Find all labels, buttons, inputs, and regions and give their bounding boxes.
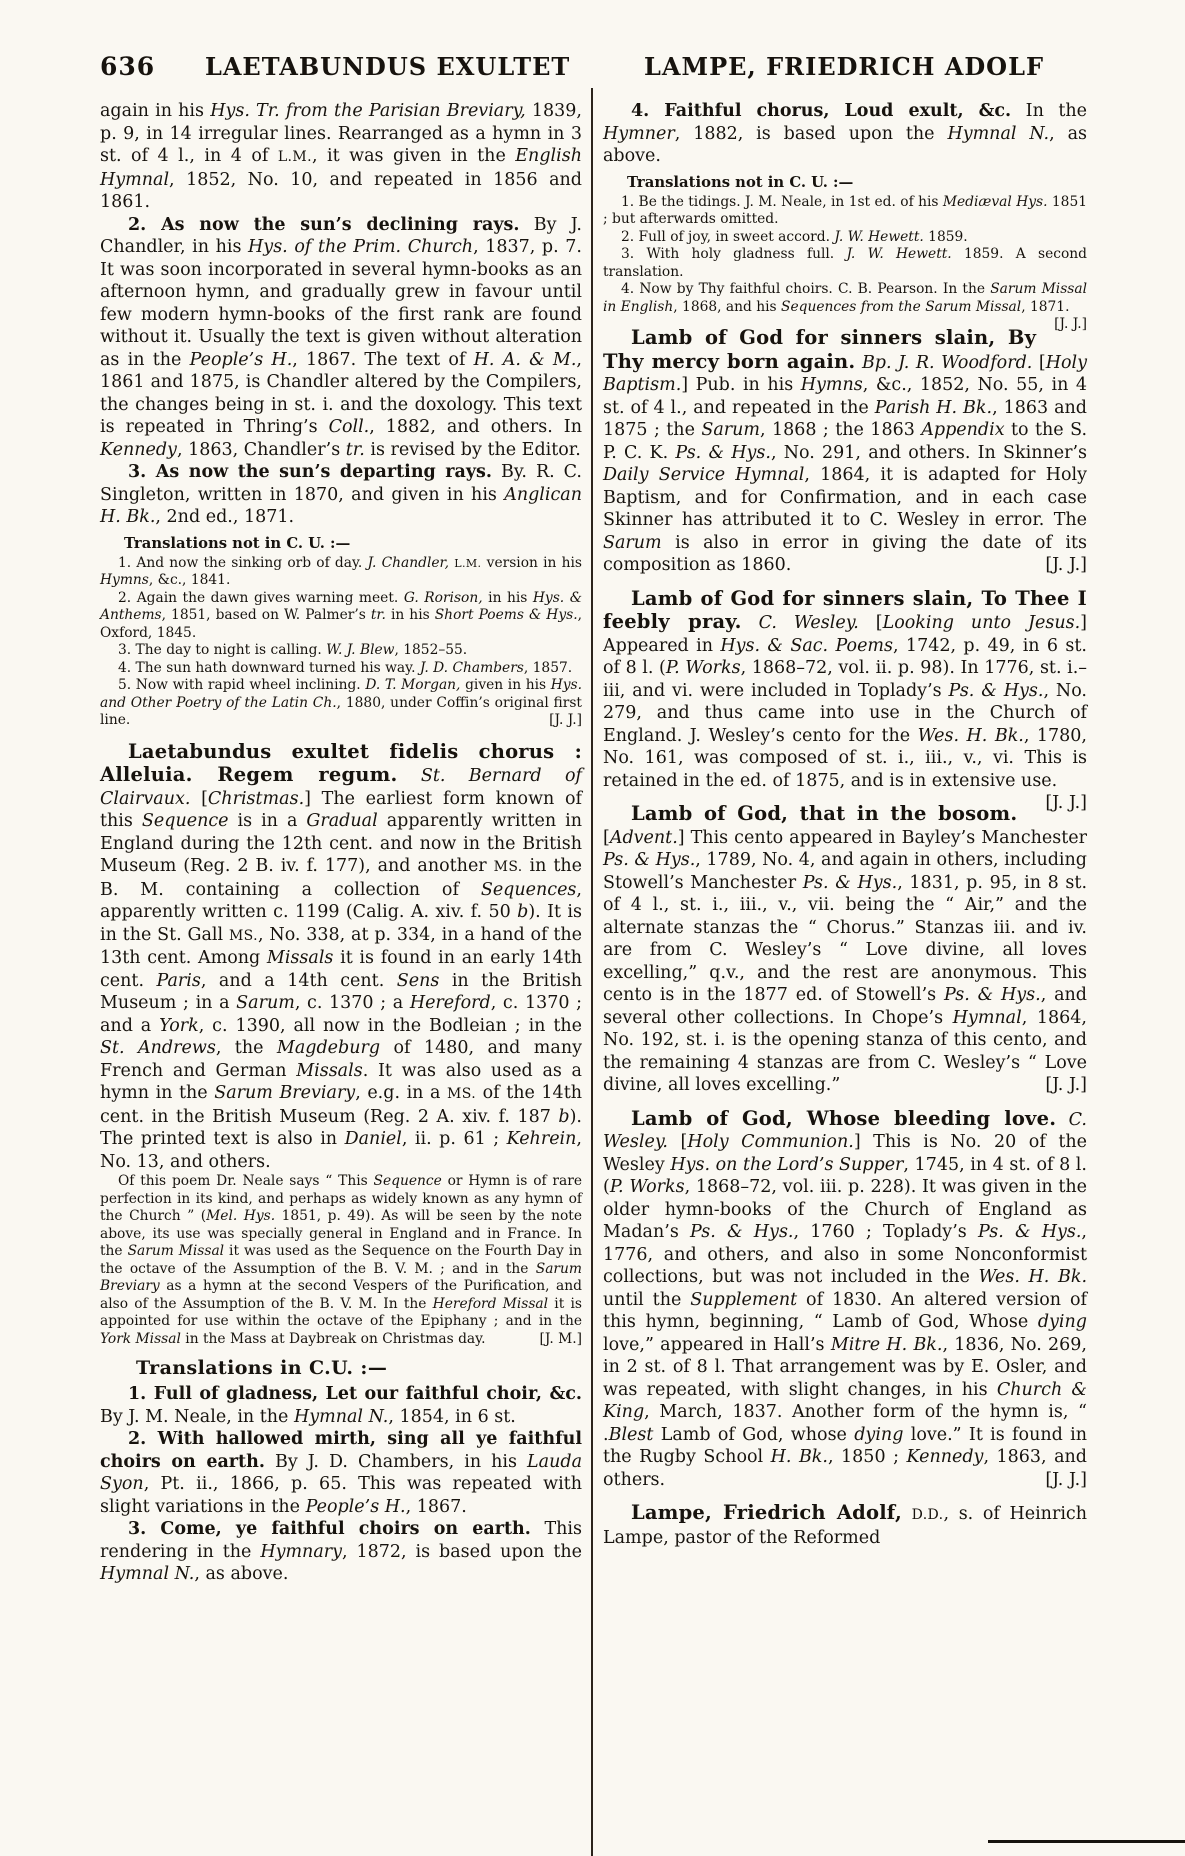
page-number: 636 [100, 52, 155, 81]
author-signature: [J. J.] [1017, 1469, 1087, 1492]
section-heading: Translations not in C. U. :— [603, 173, 1087, 192]
translation-item: 1. Full of gladness, Let our faithful ch… [100, 1383, 582, 1428]
translation-item: 4. Now by Thy faithful choirs. C. B. Pea… [603, 281, 1087, 316]
author-signature: [J. J.] [531, 712, 582, 730]
numbered-item: 3. As now the sun’s departing rays. By. … [100, 461, 582, 529]
running-header-right: LAMPE, FRIEDRICH ADOLF [602, 52, 1086, 86]
author-signature: [J. J.] [1036, 316, 1087, 334]
running-title-right: LAMPE, FRIEDRICH ADOLF [602, 52, 1086, 81]
section-heading: Translations in C.U. :— [100, 1355, 582, 1381]
author-signature: [J. M.] [521, 1331, 582, 1349]
note-paragraph: Of this poem Dr. Neale says “ This Seque… [100, 1173, 582, 1348]
running-title-left: LAETABUNDUS EXULTET [193, 52, 582, 81]
column-divider-rule [591, 88, 593, 1856]
translation-item: 3. With holy gladness full. J. W. Hewett… [603, 246, 1087, 281]
author-signature: [J. J.] [1017, 554, 1087, 577]
translation-item: 2. Full of joy, in sweet accord. J. W. H… [603, 229, 1087, 247]
translation-item: 1. And now the sinking orb of day. J. Ch… [100, 555, 582, 590]
entry-lamb-of-god-bleeding-love: Lamb of God, Whose bleeding love. C. Wes… [603, 1108, 1087, 1492]
paragraph-continuation: again in his Hys. Tr. from the Parisian … [100, 100, 582, 214]
left-column: again in his Hys. Tr. from the Parisian … [100, 100, 582, 1586]
entry-laetabundus: Laetabundus exultet fidelis chorus : All… [100, 741, 582, 1174]
scan-artifact-line [988, 1840, 1185, 1843]
author-signature: [J. J.] [1017, 1074, 1087, 1097]
entry-lamb-of-god-feebly-pray: Lamb of God for sinners slain, To Thee I… [603, 588, 1087, 793]
translation-item: 4. Faithful chorus, Loud exult, &c. In t… [603, 100, 1087, 168]
translation-item: 3. Come, ye faithful choirs on earth. Th… [100, 1518, 582, 1586]
right-column: 4. Faithful chorus, Loud exult, &c. In t… [603, 100, 1087, 1549]
section-heading: Translations not in C. U. :— [100, 534, 582, 553]
running-header-left: 636 LAETABUNDUS EXULTET [100, 52, 582, 86]
book-page: 636 LAETABUNDUS EXULTET LAMPE, FRIEDRICH… [0, 0, 1185, 1856]
translation-item: 2. With hallowed mirth, sing all ye fait… [100, 1428, 582, 1518]
entry-lamb-of-god-by-thy-mercy: Lamb of God for sinners slain, By Thy me… [603, 327, 1087, 577]
entry-lamb-of-god-bosom: Lamb of God, that in the bosom. [Advent.… [603, 803, 1087, 1097]
numbered-item: 2. As now the sun’s declining rays. By J… [100, 214, 582, 462]
translation-item: 5. Now with rapid wheel inclining. D. T.… [100, 677, 582, 730]
translation-item: 1. Be the tidings. J. M. Neale, in 1st e… [603, 194, 1087, 229]
translation-item: 2. Again the dawn gives warning meet. G.… [100, 590, 582, 643]
entry-lampe-friedrich-adolf: Lampe, Friedrich Adolf, D.D., s. of Hein… [603, 1502, 1087, 1549]
translation-item: 3. The day to night is calling. W. J. Bl… [100, 642, 582, 660]
translation-item: 4. The sun hath downward turned his way.… [100, 660, 582, 678]
author-signature: [J. J.] [1017, 792, 1087, 815]
